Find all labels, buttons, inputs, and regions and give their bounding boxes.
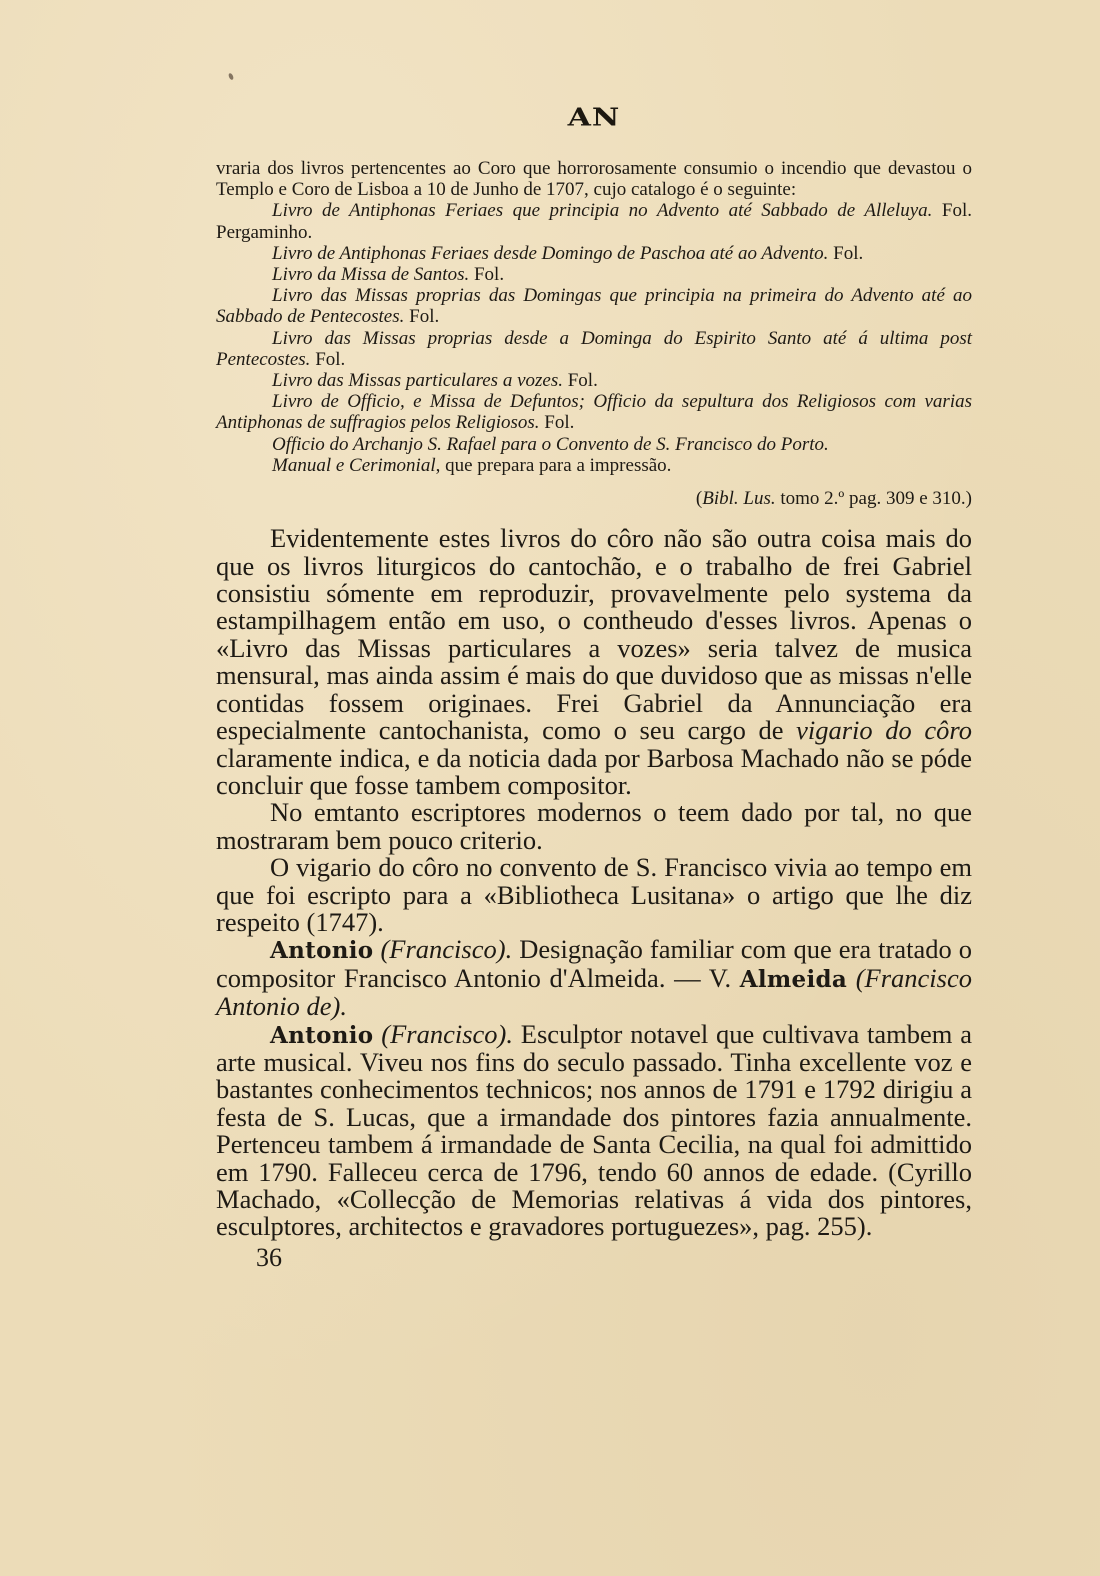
catalog-entry-title: Livro de Officio, e Missa de Defuntos; O… — [216, 391, 972, 433]
paper-speck — [228, 72, 235, 80]
catalog-entry: Livro das Missas proprias desde a Doming… — [216, 328, 972, 370]
entry-qualifier: (Francisco). — [373, 934, 512, 964]
dictionary-entry: Antonio (Francisco). Esculptor notavel q… — [216, 1021, 972, 1241]
catalog-entry-title: Officio do Archanjo S. Rafael para o Con… — [272, 434, 829, 455]
catalog-entry-note: Fol. — [828, 243, 863, 264]
citation-rest: tomo 2.º pag. 309 e 310.) — [776, 488, 972, 509]
main-text: Evidentemente estes livros do côro não s… — [216, 525, 972, 1241]
catalog-section: vraria dos livros pertencentes ao Coro q… — [216, 158, 972, 509]
body-paragraph: Evidentemente estes livros do côro não s… — [216, 525, 972, 799]
catalog-entry-note: Fol. — [540, 412, 575, 433]
catalog-entry-note: , que prepara para a impressão. — [436, 455, 672, 476]
page-number: 36 — [216, 1245, 972, 1271]
catalog-entry-note: Fol. — [310, 349, 345, 370]
body-paragraph: No emtanto escriptores modernos o teem d… — [216, 799, 972, 854]
catalog-entry-note: Fol. — [469, 264, 504, 285]
running-head: AN — [216, 100, 972, 148]
emphasis: vigario do côro — [796, 715, 972, 745]
catalog-entry-title: Manual e Cerimonial — [272, 455, 436, 476]
catalog-entry: Livro de Officio, e Missa de Defuntos; O… — [216, 391, 972, 433]
entry-qualifier: (Francisco). — [373, 1019, 513, 1049]
paragraph-text: Evidentemente estes livros do côro não s… — [216, 523, 972, 745]
dictionary-entry: Antonio (Francisco). Designação familiar… — [216, 936, 972, 1020]
entry-text: Esculptor notavel que cultivava tambem a… — [216, 1019, 972, 1242]
body-paragraph: O vigario do côro no convento de S. Fran… — [216, 854, 972, 936]
paragraph-text: claramente indica, e da noticia dada por… — [216, 743, 972, 800]
catalog-entry: Livro da Missa de Santos. Fol. — [216, 264, 972, 285]
catalog-entry-note: Fol. — [404, 306, 439, 327]
catalog-entry-title: Livro de Antiphonas Feriaes que principi… — [272, 200, 932, 221]
catalog-entry-title: Livro de Antiphonas Feriaes desde Doming… — [272, 243, 828, 264]
catalog-entry: Livro das Missas particulares a vozes. F… — [216, 370, 972, 391]
catalog-entry: Livro de Antiphonas Feriaes que principi… — [216, 200, 972, 242]
catalog-entry-title: Livro das Missas proprias das Domingas q… — [216, 285, 972, 327]
book-page: AN vraria dos livros pertencentes ao Cor… — [216, 100, 972, 1271]
entry-headword: Antonio — [270, 1022, 373, 1049]
catalog-entry: Livro de Antiphonas Feriaes desde Doming… — [216, 243, 972, 264]
citation-source: Bibl. Lus. — [702, 488, 775, 509]
catalog-intro: vraria dos livros pertencentes ao Coro q… — [216, 158, 972, 200]
catalog-entry-title: Livro das Missas particulares a vozes. — [272, 370, 563, 391]
citation: (Bibl. Lus. tomo 2.º pag. 309 e 310.) — [216, 488, 972, 509]
catalog-entry: Livro das Missas proprias das Domingas q… — [216, 285, 972, 327]
catalog-entry-note: Fol. — [563, 370, 598, 391]
catalog-entry: Manual e Cerimonial, que prepara para a … — [216, 455, 972, 476]
cross-reference-headword: Almeida — [740, 966, 847, 993]
catalog-entry-title: Livro da Missa de Santos. — [272, 264, 469, 285]
entry-headword: Antonio — [270, 937, 373, 964]
catalog-entry: Officio do Archanjo S. Rafael para o Con… — [216, 434, 972, 455]
